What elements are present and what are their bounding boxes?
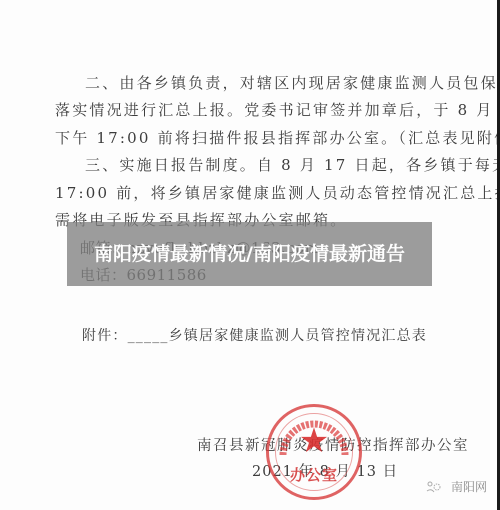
paragraph-two-line-3: 下午 17:00 前将扫描件报县指挥部办公室。（汇总表见附件） — [55, 129, 500, 147]
attachment-line: 附件：_____乡镇居家健康监测人员管控情况汇总表 — [82, 327, 427, 345]
wechat-official-icon — [425, 480, 445, 494]
title-overlay-banner: 南阳疫情最新情况/南阳疫情最新通告 — [67, 222, 432, 286]
overlay-title: 南阳疫情最新情况/南阳疫情最新通告 — [80, 242, 420, 267]
watermark-label: 南阳网 — [451, 478, 487, 495]
document-page: 二、由各乡镇负责，对辖区内现居家健康监测人员包保责任 落实情况进行汇总上报。党委… — [0, 0, 500, 510]
paragraph-two-line-2: 落实情况进行汇总上报。党委书记审签并加章后，于 8 月 16 日 — [55, 101, 500, 119]
paragraph-two-line-1: 二、由各乡镇负责，对辖区内现居家健康监测人员包保责任 — [85, 74, 500, 92]
paragraph-three-line-2: 17:00 前，将乡镇居家健康监测人员动态管控情况汇总上报。只 — [55, 184, 500, 202]
seal-bottom-text: 办公室 — [269, 464, 359, 485]
official-seal: ★ 办公室 — [266, 404, 362, 500]
paragraph-three-line-1: 三、实施日报告制度。自 8 月 17 日起，各乡镇于每天下午 — [85, 156, 500, 174]
red-star-icon: ★ — [299, 424, 329, 458]
source-watermark: 南阳网 — [425, 478, 487, 495]
